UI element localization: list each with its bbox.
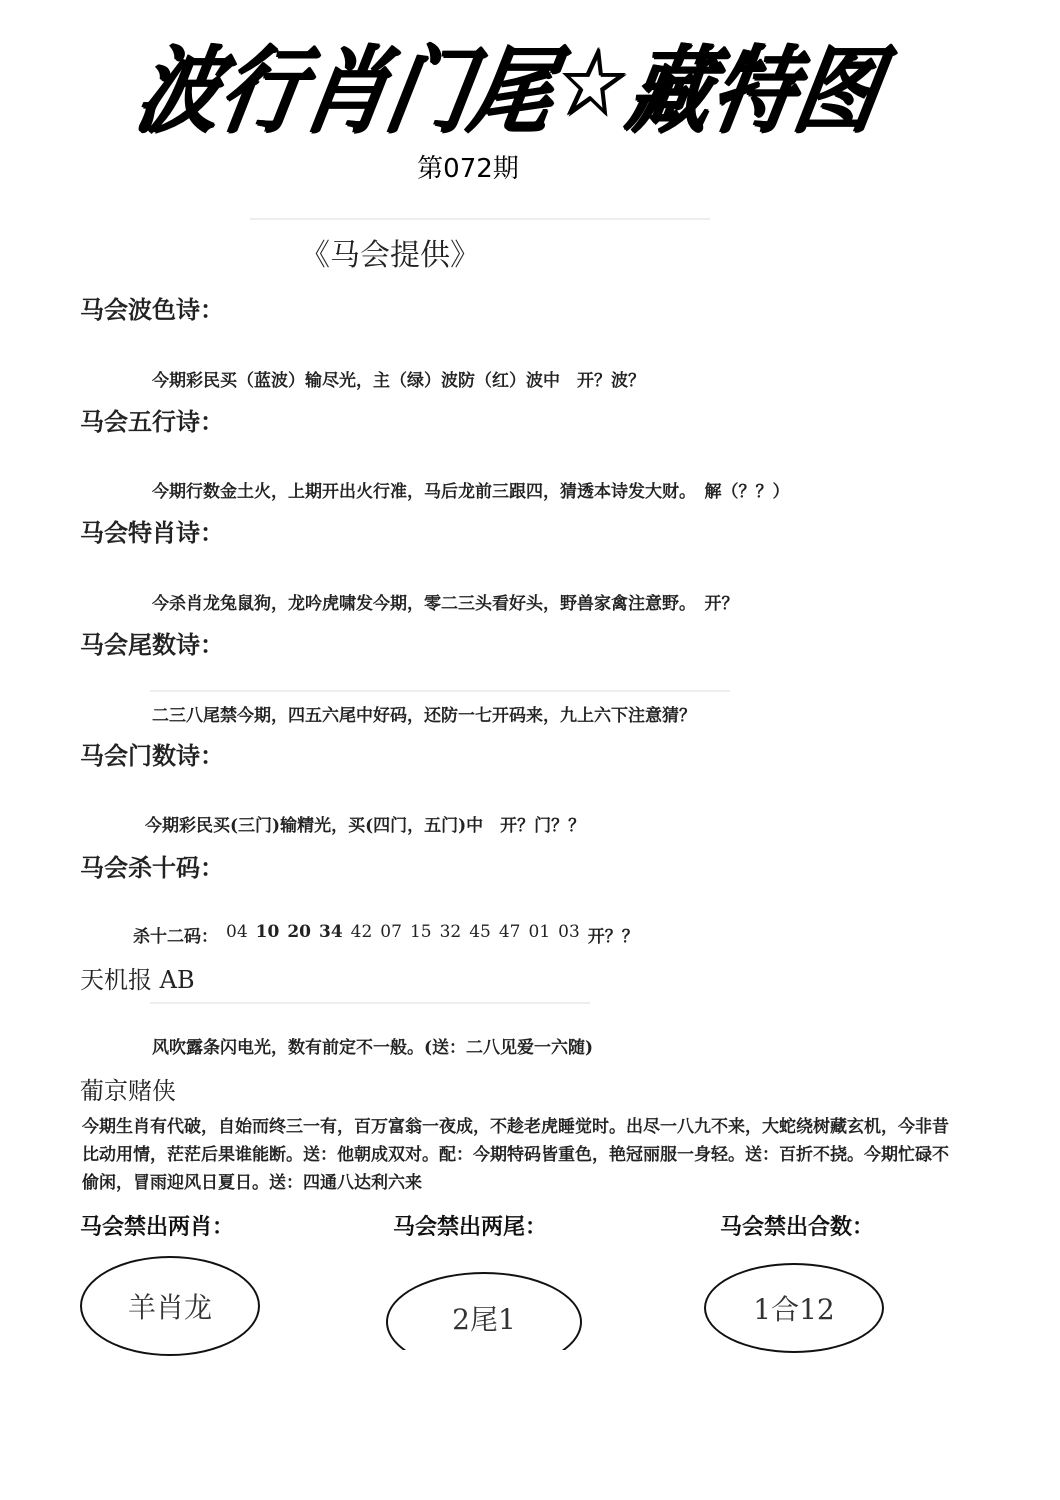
section-title-pujing: 葡京赌侠 <box>80 1071 176 1106</box>
kill-label: 杀十二码： <box>133 922 218 947</box>
provider-heading: 《马会提供》 <box>300 230 480 274</box>
kill-number: 15 <box>410 922 432 947</box>
ban-oval-tail: 2尾1 <box>386 1272 582 1350</box>
section-title-wave-color: 马会波色诗： <box>80 290 224 325</box>
section-title-tail-number: 马会尾数诗： <box>80 625 224 660</box>
kill-number: 10 <box>256 922 280 947</box>
ban-value: 2尾1 <box>452 1298 516 1338</box>
ban-value: 羊肖龙 <box>128 1286 212 1326</box>
poem-special-zodiac: 今杀肖龙兔鼠狗，龙吟虎啸发今期，零二三头看好头，野兽家禽注意野。 开？ <box>152 589 739 614</box>
poem-tianji: 风吹露条闪电光，数有前定不一般。(送：二八见爱一六随) <box>152 1033 593 1058</box>
kill-number: 03 <box>558 922 580 947</box>
ban-oval-tail-clip: 2尾1 <box>384 1270 584 1350</box>
poem-wave-color: 今期彩民买（蓝波）输尽光，主（绿）波防（红）波中 开？波？ <box>152 366 645 391</box>
section-title-tianji: 天机报 AB <box>80 960 195 995</box>
kill-number: 04 <box>226 922 248 947</box>
ban-value: 1合12 <box>753 1288 834 1328</box>
kill-numbers-row: 杀十二码： 04 10 20 34 42 07 15 32 45 47 01 0… <box>133 922 639 947</box>
kill-number: 45 <box>469 922 491 947</box>
section-title-kill-ten: 马会杀十码： <box>80 848 224 883</box>
ban-title-tail: 马会禁出两尾： <box>393 1210 547 1241</box>
kill-number: 01 <box>529 922 551 947</box>
kill-number: 32 <box>440 922 462 947</box>
ban-title-sum: 马会禁出合数： <box>720 1210 874 1241</box>
kill-number: 07 <box>380 922 402 947</box>
ban-oval-zodiac: 羊肖龙 <box>80 1256 260 1356</box>
kill-number: 42 <box>351 922 373 947</box>
kill-number: 47 <box>499 922 521 947</box>
ban-title-zodiac: 马会禁出两肖： <box>80 1210 234 1241</box>
section-title-special-zodiac: 马会特肖诗： <box>80 513 224 548</box>
poem-five-elements: 今期行数金土火，上期开出火行准，马后龙前三跟四，猜透本诗发大财。 解（？？） <box>152 477 790 502</box>
divider <box>150 1002 590 1004</box>
section-title-five-elements: 马会五行诗： <box>80 402 224 437</box>
section-title-door-number: 马会门数诗： <box>80 736 224 771</box>
poem-door-number: 今期彩民买(三门)输精光，买(四门，五门)中 开？门？？ <box>145 811 585 836</box>
banner-title: 波 行 肖 门 尾 ☆ 藏 特 图 <box>140 28 880 138</box>
poem-tail-number: 二三八尾禁今期，四五六尾中好码，还防一七开码来，九上六下注意猜？ <box>152 701 696 726</box>
kill-number: 20 <box>287 922 311 947</box>
kill-suffix: 开？？ <box>588 922 639 947</box>
divider <box>150 690 730 692</box>
divider <box>250 218 710 220</box>
kill-number: 34 <box>319 922 343 947</box>
ban-oval-sum: 1合12 <box>704 1263 884 1353</box>
paragraph-pujing: 今期生肖有代破，自始而终三一有，百万富翁一夜成，不趁老虎睡觉时。出尽一八九不来，… <box>82 1113 952 1197</box>
issue-number: 第072期 <box>0 148 936 185</box>
